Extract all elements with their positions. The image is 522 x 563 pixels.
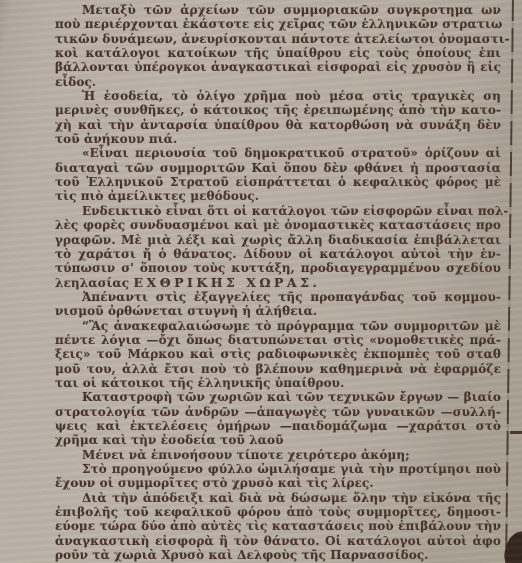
text-line: εύομε τώρα δύο ἀπὸ αὐτὲς τὶς καταστάσεις… xyxy=(55,519,501,533)
text-line: Ἀπέναντι στὶς ἐξαγγελίες τῆς προπαγάνδας… xyxy=(55,290,501,304)
text-line: “Ἂς ἀνακεφαλαιώσωμε τὸ πρόγραμμα τῶν συμ… xyxy=(55,319,501,333)
text-line: Ἡ ἐσοδεία, τὸ ὀλίγο χρῆμα ποὺ μέσα στὶς … xyxy=(55,89,501,103)
text-line: λεηλασίας ΕΧΘΡΙΚΗΣ ΧΩΡΑΣ. xyxy=(55,276,501,290)
text-line: πέντε λόγια —ὄχι ὅπως διατυπώνεται στὶς … xyxy=(55,333,501,347)
text-line: μερινὲς συνθῆκες, ὁ κάτοικος τῆς ἐρειπωμ… xyxy=(55,103,501,117)
text-line: εἶδος. xyxy=(55,75,501,89)
text-line: ροῦν τὰ χωριὰ Χρυσὸ καὶ Δελφοὺς τῆς Παρν… xyxy=(55,548,501,562)
text-line: τοῦ Ἑλληνικοῦ Στρατοῦ εἰσπράττεται ὁ κεφ… xyxy=(55,175,501,189)
text-line: τὶς πιὸ ἀμείλικτες μεθόδους. xyxy=(55,189,501,203)
text-line: ποὺ περιέρχονται ἑκάστοτε εἰς χεῖρας τῶν… xyxy=(55,17,501,31)
text-line: Στὸ προηγούμενο φύλλο ὡμιλήσαμε γιὰ τὴν … xyxy=(55,462,501,476)
scanned-newspaper-page: Μεταξὺ τῶν ἀρχείων τῶν συμμοριακῶν συγκρ… xyxy=(0,0,522,563)
margin-dash-mark xyxy=(510,431,522,434)
text-line: ἐπιβολῆς τοῦ κεφαλικοῦ φόρου ἀπὸ τοὺς συ… xyxy=(55,505,501,519)
text-line: γραφῶν. Μὲ μιὰ λέξι καὶ χωρὶς ἄλλη διαδι… xyxy=(55,233,501,247)
text-line: τὸ χαράτσι ἤ ὁ θάνατος. Δίδουν οἱ κατάλο… xyxy=(55,247,501,261)
text-line: Διὰ τὴν ἀπόδειξι καὶ διὰ νὰ δώσωμε ὅλην … xyxy=(55,491,501,505)
article-text-column: Μεταξὺ τῶν ἀρχείων τῶν συμμοριακῶν συγκρ… xyxy=(55,3,501,562)
text-line: βάλλονται ὑπέρογκοι ἀναγκαστικαὶ εἰσφορα… xyxy=(55,60,501,74)
line-start-text: λεηλασίας xyxy=(55,276,133,290)
enemy-country-caps-text: ΕΧΘΡΙΚΗΣ ΧΩΡΑΣ. xyxy=(133,275,320,290)
text-line: τοῦ ἀνήκουν πιά. xyxy=(55,132,501,146)
text-line: τύπωσιν σ' ὅποιον τοὺς κυττάξη, προδιαγε… xyxy=(55,261,501,275)
text-line: χρῆμα καὶ τὴν ἐσοδεία τοῦ λαοῦ xyxy=(55,433,501,447)
text-line: ξεις» τοῦ Μάρκου καὶ στὶς ραδιοφωνικὲς ἐ… xyxy=(55,347,501,361)
text-line: ἔχουν οἱ συμμορῖτες στὸ χρυσὸ καὶ τὶς λί… xyxy=(55,476,501,490)
text-line: χὴ καὶ τὴν ἀνταρσία ὑπαίθρου θὰ κατορθώσ… xyxy=(55,118,501,132)
text-line: Μένει νὰ ἐπινοήσουν τίποτε χειρότερο ἀκό… xyxy=(55,448,501,462)
text-line: κοὶ κατάλογοι κατοίκων τῆς ὑπαίθρου εἰς … xyxy=(55,46,501,60)
text-line: νισμοῦ ὀρθώνεται στυγνὴ ἡ ἀλήθεια. xyxy=(55,304,501,318)
text-line: διαταγαὶ τῶν συμμοριτῶν Καὶ ὅπου δὲν φθά… xyxy=(55,161,501,175)
text-line: Ενδεικτικὸ εἶναι ὅτι οἱ κατάλογοι τῶν εἰ… xyxy=(55,204,501,218)
text-line: «Εἶναι περιουσία τοῦ δημοκρατικοῦ στρατο… xyxy=(55,146,501,160)
text-line: ται οἱ κάτοικοι τῆς ἑλληνικῆς ὑπαίθρου. xyxy=(55,376,501,390)
text-line: ἀναγκαστικὴ εἰσφορὰ ἢ τὸν θάνατο. Οἱ κατ… xyxy=(55,534,501,548)
text-line: Καταστροφὴ τῶν χωριῶν καὶ τῶν τεχνικῶν ἔ… xyxy=(55,390,501,404)
text-line: Μεταξὺ τῶν ἀρχείων τῶν συμμοριακῶν συγκρ… xyxy=(55,3,501,17)
text-line: ψεις καὶ ἐκτελέσεις ὁμήρων —παιδομάζωμα … xyxy=(55,419,501,433)
text-line: στρατολογία τῶν ἀνδρῶν —ἀπαγωγὲς τῶν γυν… xyxy=(55,405,501,419)
text-line: τικῶν δυνάμεων, ἀνευρίσκονται πάντοτε ἀτ… xyxy=(55,32,501,46)
column-divider-rule xyxy=(505,0,514,563)
text-line: λὲς φορὲς συνδυασμένοι καὶ μὲ ὀνομαστικὲ… xyxy=(55,218,501,232)
text-line: μοῦ του, ἀλλὰ ἔτσι ποὺ τὸ βλέπουν καθημε… xyxy=(55,362,501,376)
